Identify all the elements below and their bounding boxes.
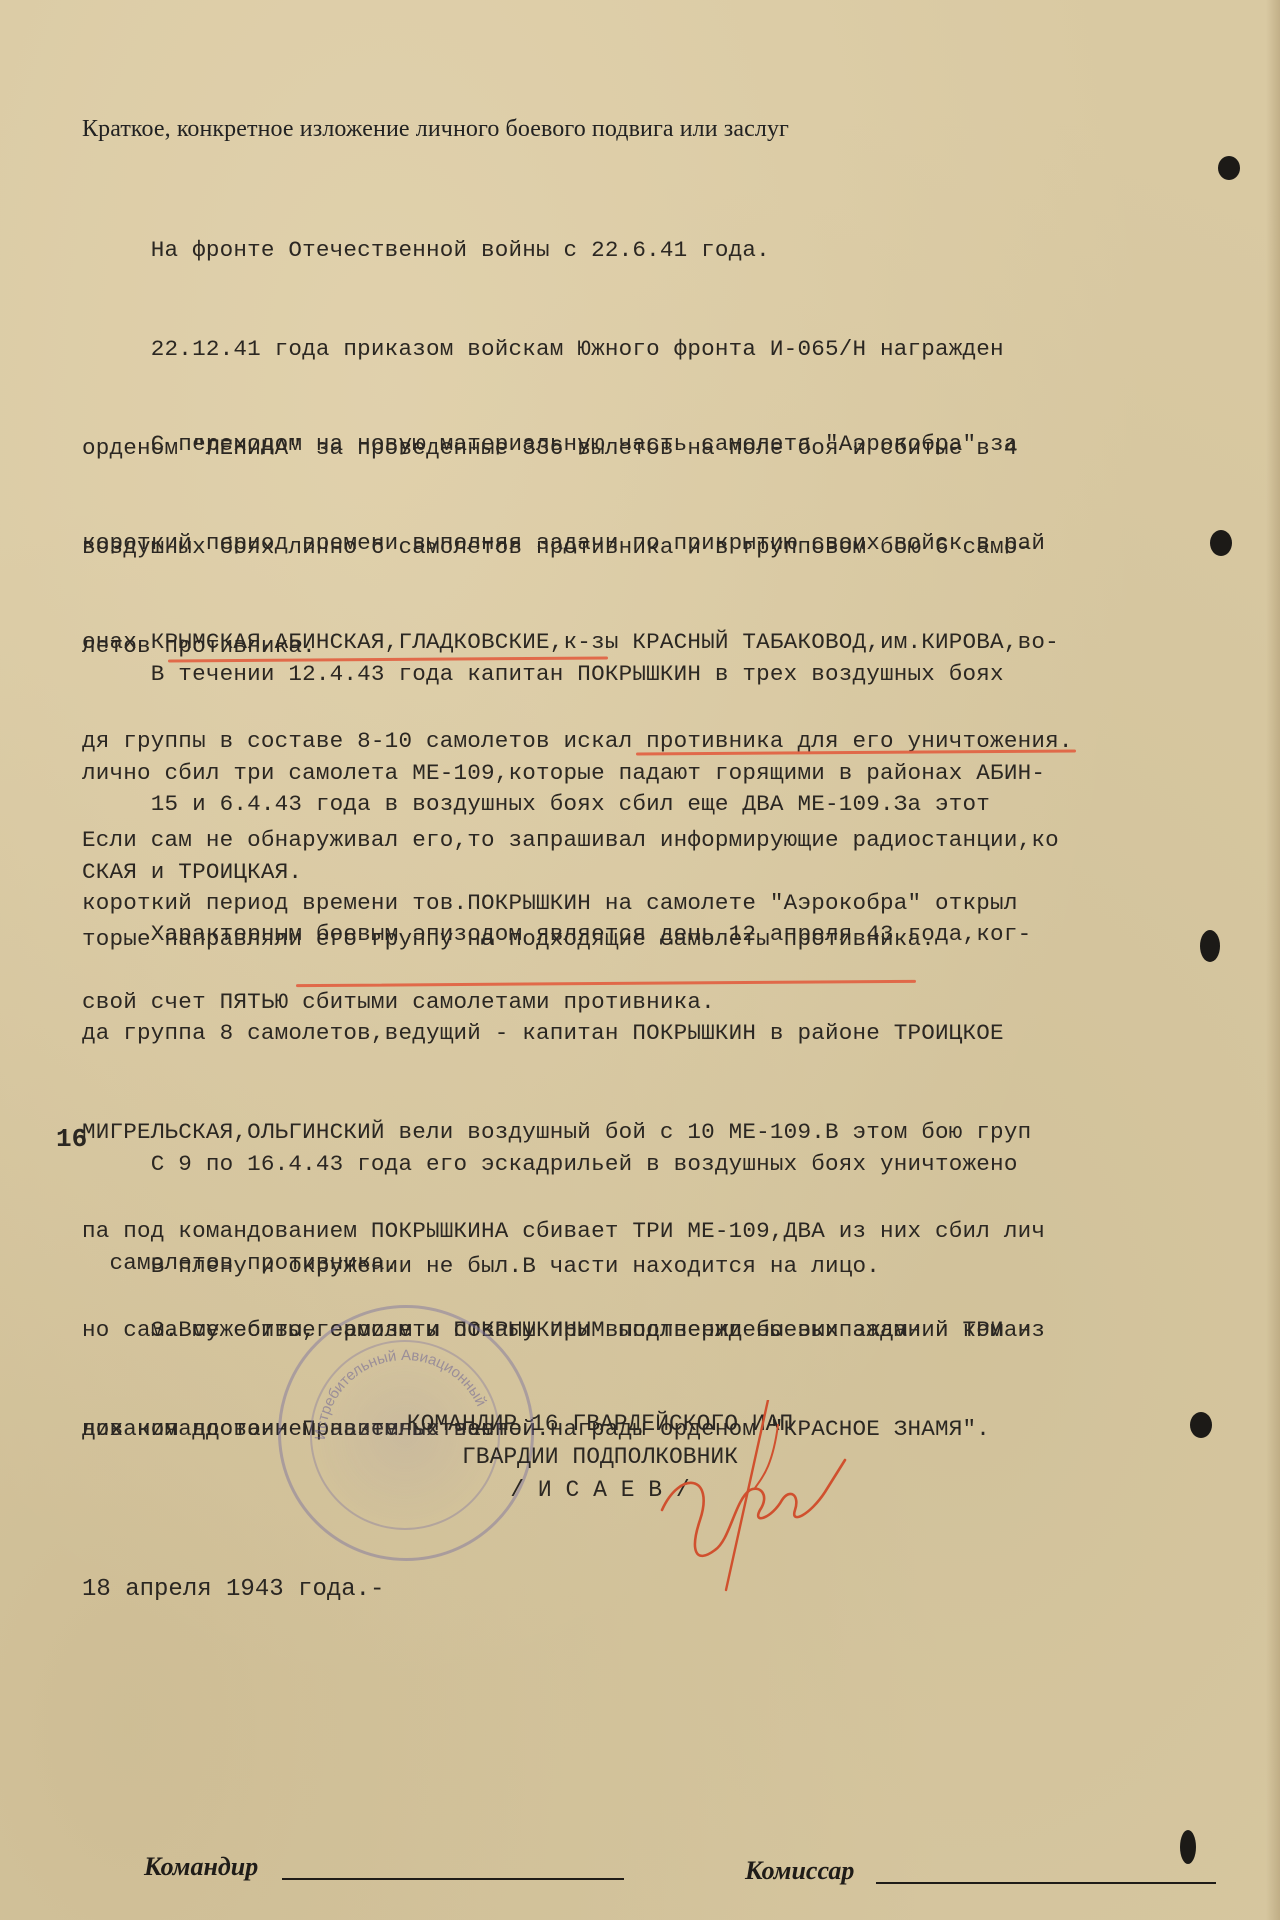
text-line: короткий период времени выполняя задачи … — [82, 527, 1252, 560]
commissar-signature-line — [876, 1882, 1216, 1884]
text-line: Характерным боевым эпизодом является ден… — [82, 918, 1252, 951]
paper-edge — [1266, 0, 1280, 1920]
punch-hole — [1190, 1412, 1212, 1438]
margin-number: 16 — [56, 1124, 87, 1154]
text-line: да группа 8 самолетов,ведущий - капитан … — [82, 1017, 1252, 1050]
text-line: 15 и 6.4.43 года в воздушных боях сбил е… — [82, 788, 1252, 821]
text-line: С переходом на новую материальную часть … — [82, 428, 1252, 461]
punch-hole — [1218, 156, 1240, 180]
punch-hole — [1210, 530, 1232, 556]
commissar-label: Комиссар — [745, 1856, 854, 1886]
commander-label: Командир — [144, 1852, 258, 1882]
document-date: 18 апреля 1943 года.- — [82, 1576, 384, 1603]
text-line: В течении 12.4.43 года капитан ПОКРЫШКИН… — [82, 658, 1252, 691]
text-line: С 9 по 16.4.43 года его эскадрильей в во… — [82, 1148, 1252, 1181]
commander-signature-line — [282, 1878, 624, 1880]
footer-signature-lines: Командир Комиссар — [0, 1852, 1280, 1892]
text-line: За мужество,героизм и отвагу при выполне… — [82, 1314, 1252, 1347]
document-heading: Краткое, конкретное изложение личного бо… — [82, 116, 789, 143]
handwritten-signature — [660, 1400, 850, 1600]
punch-hole — [1200, 930, 1220, 962]
text-line: На фронте Отечественной войны с 22.6.41 … — [82, 234, 1252, 267]
